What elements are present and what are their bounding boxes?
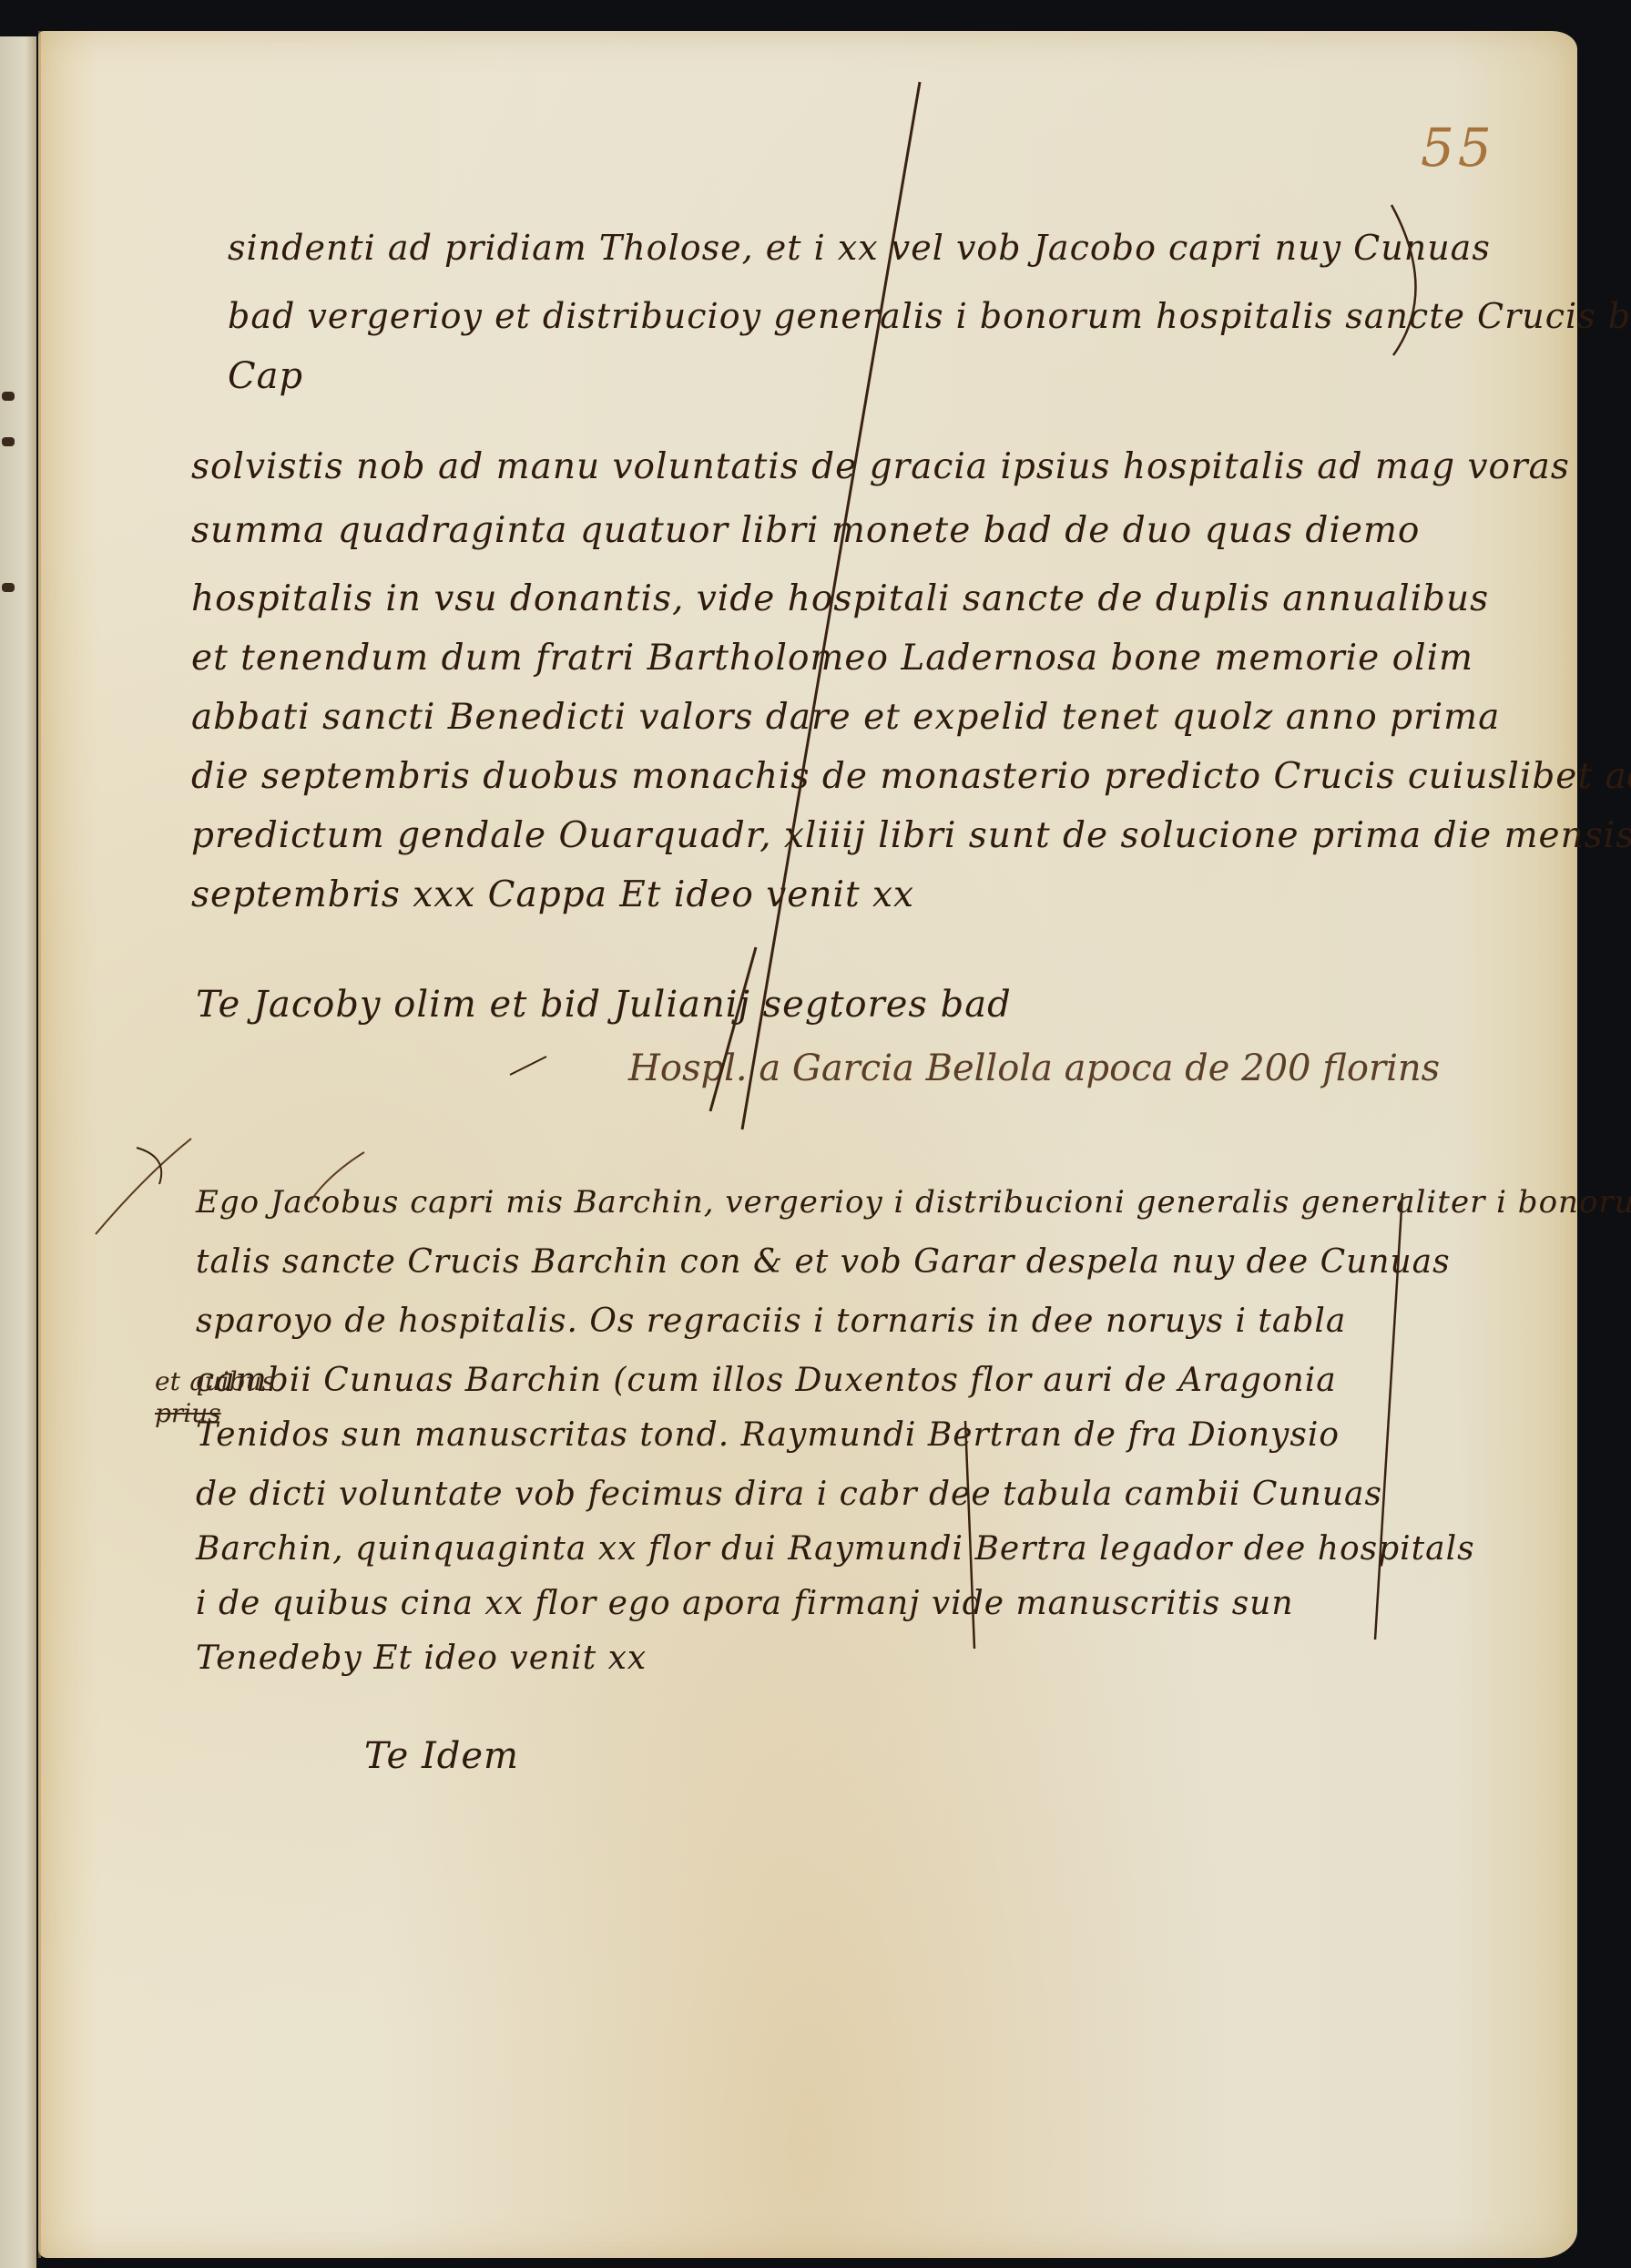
pen-stroke [510, 1057, 546, 1075]
vertical-stroke-right [1375, 1193, 1402, 1640]
margin-mark [137, 1148, 161, 1184]
vertical-stroke [965, 1421, 974, 1649]
margin-flourish [310, 1152, 364, 1202]
cancellation-strokes [0, 0, 1631, 2268]
margin-flourish [96, 1139, 191, 1234]
cancel-stroke-upper [742, 82, 920, 1129]
bracket-flourish [1391, 205, 1416, 355]
